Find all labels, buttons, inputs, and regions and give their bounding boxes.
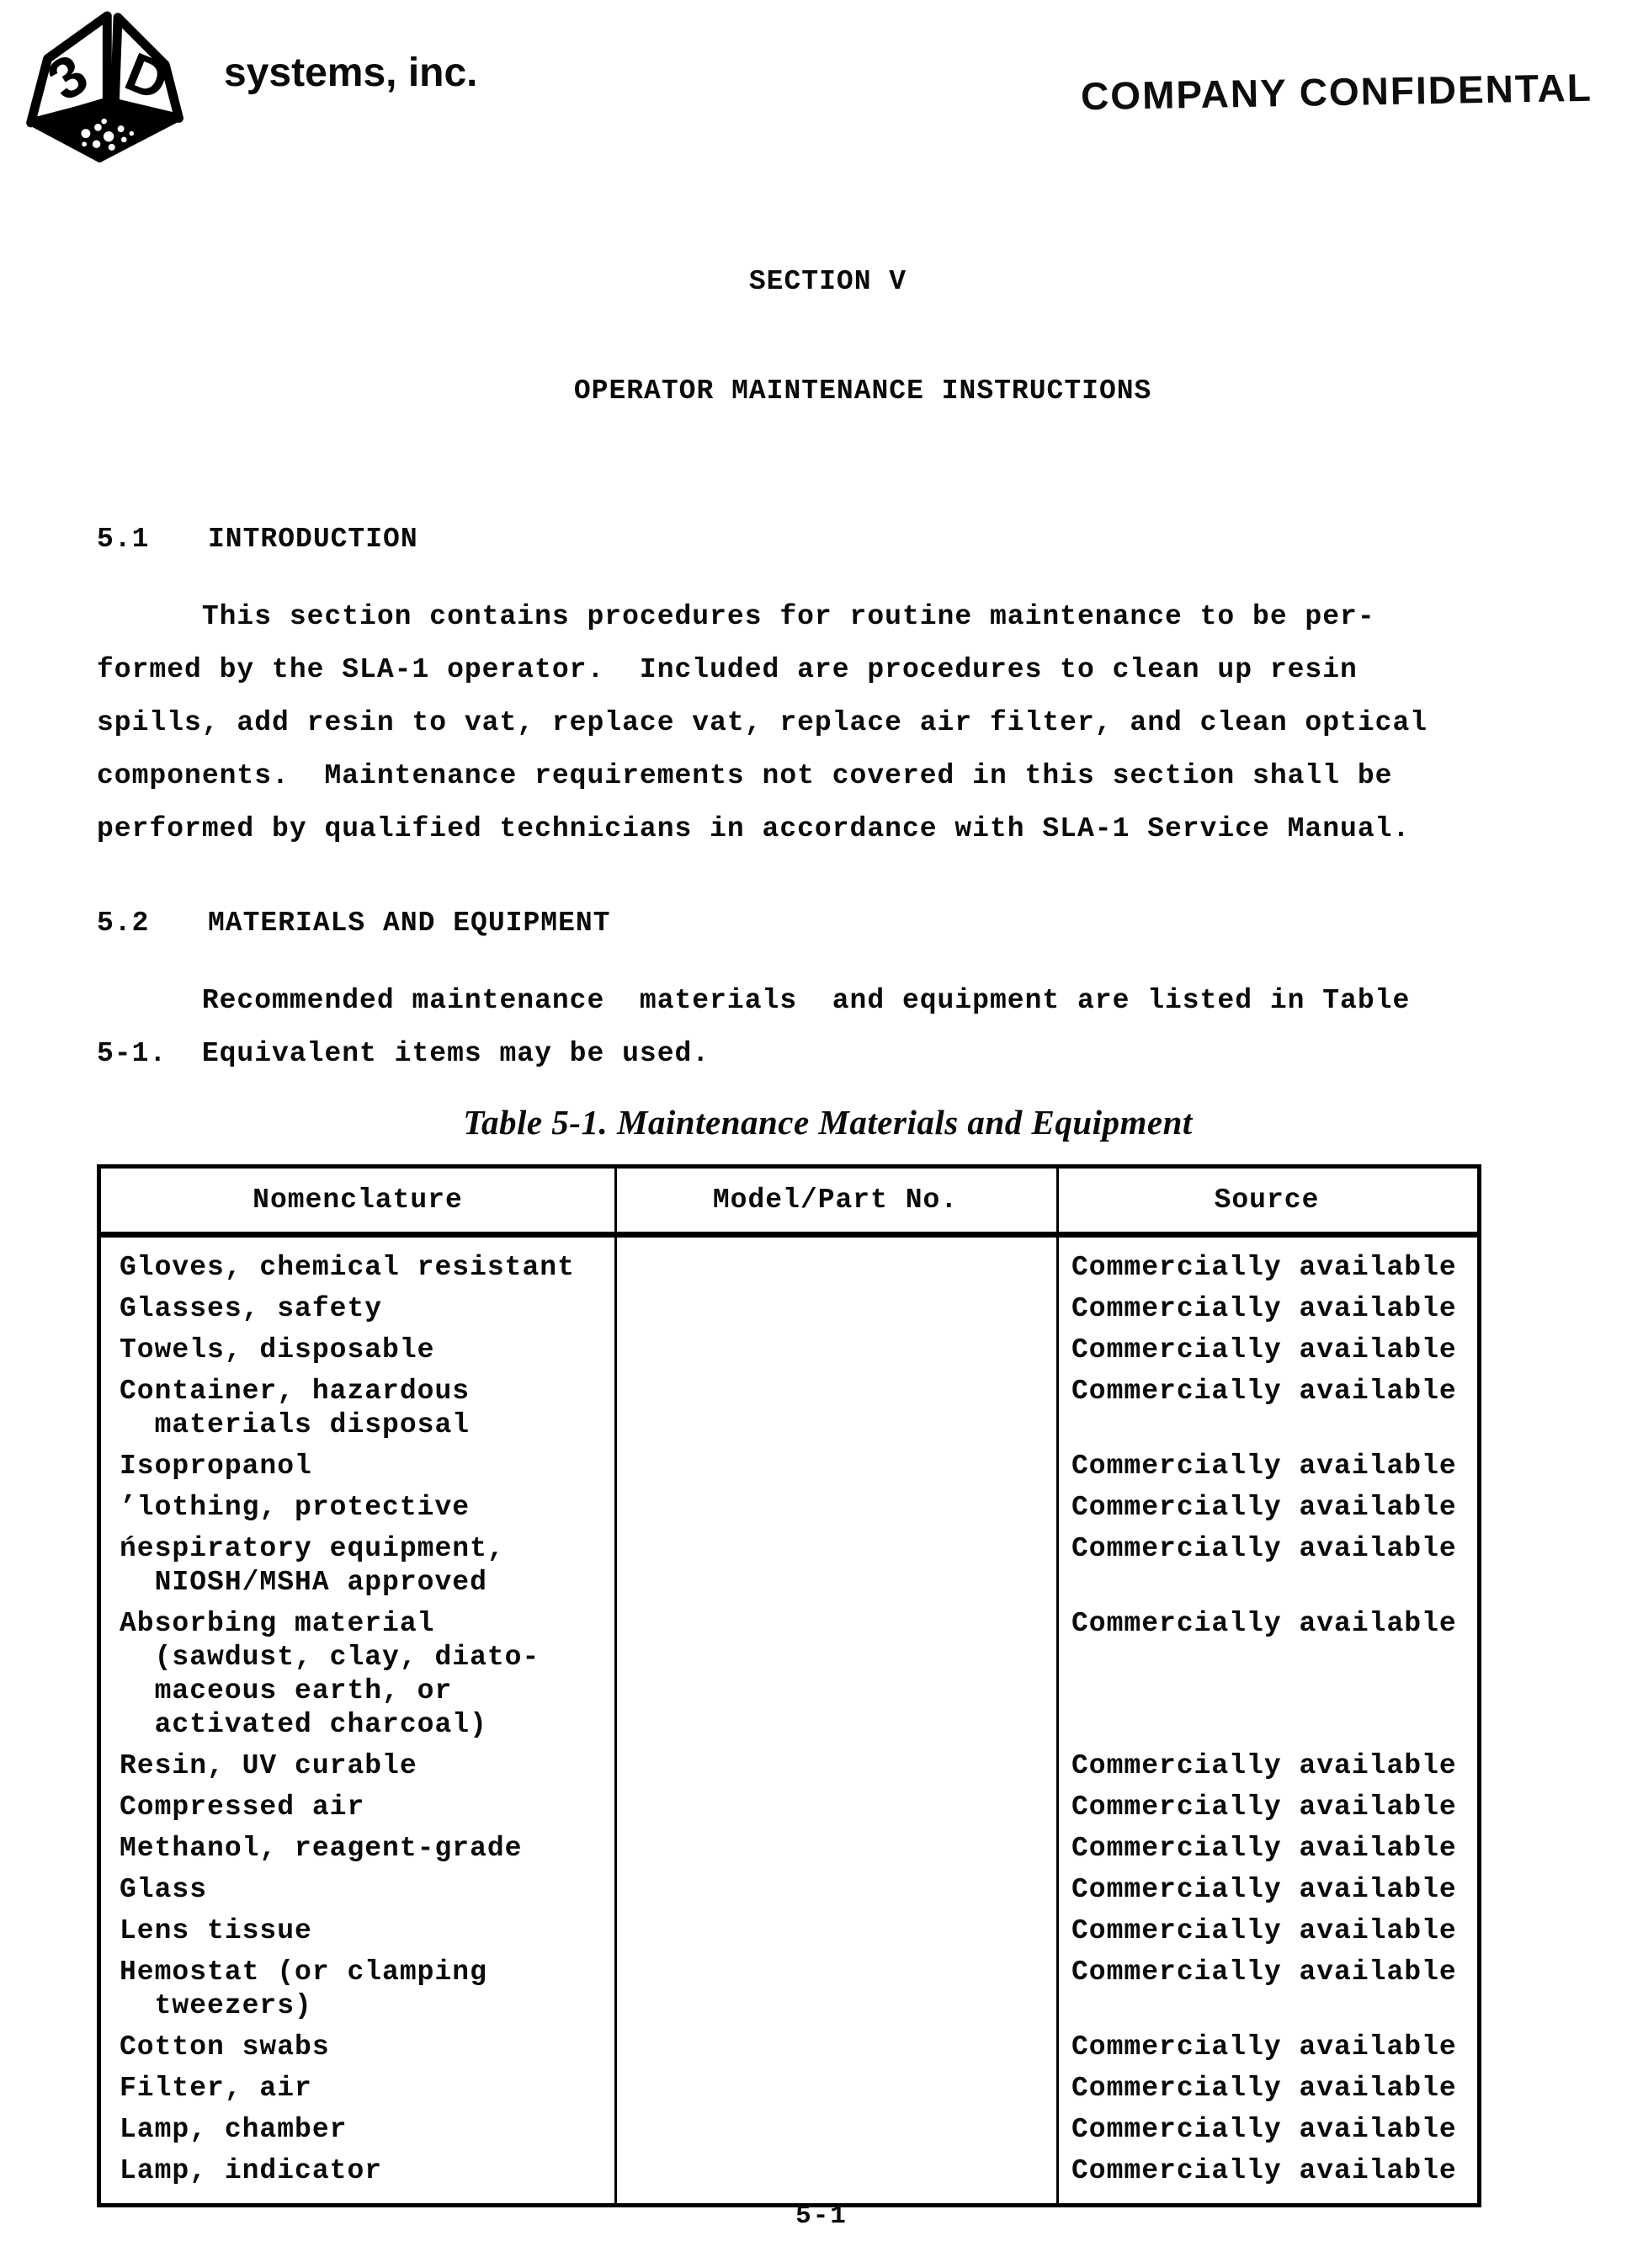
model-part-no-cell xyxy=(614,1532,1056,1600)
source-cell: Commercially available xyxy=(1056,2031,1477,2064)
3d-cube-logo-icon: 3 D xyxy=(17,7,219,187)
nomenclature-cell: Isopropanol xyxy=(101,1450,614,1483)
model-part-no-cell xyxy=(614,1956,1056,2023)
model-part-no-cell xyxy=(614,2072,1056,2106)
model-part-no-cell xyxy=(614,1450,1056,1483)
source-cell: Commercially available xyxy=(1056,1292,1477,1326)
source-cell: Commercially available xyxy=(1056,1749,1477,1783)
table-column-divider xyxy=(1056,1169,1059,2203)
table-row: ńespiratory equipment, NIOSH/MSHA approv… xyxy=(101,1532,1477,1600)
model-part-no-cell xyxy=(614,1873,1056,1907)
nomenclature-cell: Glasses, safety xyxy=(101,1292,614,1326)
table-row: ’lothing, protectiveCommercially availab… xyxy=(101,1491,1477,1525)
table-row: Filter, airCommercially available xyxy=(101,2072,1477,2106)
source-cell: Commercially available xyxy=(1056,1914,1477,1948)
heading-5-1-title: INTRODUCTION xyxy=(208,524,418,555)
nomenclature-cell: ’lothing, protective xyxy=(101,1491,614,1525)
paragraph-introduction: This section contains procedures for rou… xyxy=(97,590,1559,855)
table-row: Resin, UV curableCommercially available xyxy=(101,1749,1477,1783)
table-column-divider xyxy=(614,1169,617,2203)
source-cell: Commercially available xyxy=(1056,1956,1477,2023)
source-cell: Commercially available xyxy=(1056,1251,1477,1285)
source-cell: Commercially available xyxy=(1056,1791,1477,1824)
model-part-no-cell xyxy=(614,1491,1056,1525)
table-caption: Table 5-1. Maintenance Materials and Equ… xyxy=(97,1102,1559,1142)
source-cell: Commercially available xyxy=(1056,1491,1477,1525)
column-header-source: Source xyxy=(1056,1185,1477,1216)
table-row: GlassCommercially available xyxy=(101,1873,1477,1907)
document-page: 3 D systems, inc. COMPANY CONFIDENTAL SE… xyxy=(0,0,1643,2268)
nomenclature-cell: Gloves, chemical resistant xyxy=(101,1251,614,1285)
nomenclature-cell: Compressed air xyxy=(101,1791,614,1824)
heading-5-2: 5.2 MATERIALS AND EQUIPMENT xyxy=(97,908,1559,939)
model-part-no-cell xyxy=(614,1607,1056,1742)
page-header: 3 D systems, inc. COMPANY CONFIDENTAL xyxy=(97,0,1559,210)
source-cell: Commercially available xyxy=(1056,2072,1477,2106)
nomenclature-cell: Container, hazardous materials disposal xyxy=(101,1375,614,1442)
column-header-nomenclature: Nomenclature xyxy=(101,1185,614,1216)
table-row: Compressed airCommercially available xyxy=(101,1791,1477,1824)
model-part-no-cell xyxy=(614,1914,1056,1948)
section-title-line2: OPERATOR MAINTENANCE INSTRUCTIONS xyxy=(574,375,1152,407)
table-body: Gloves, chemical resistantCommercially a… xyxy=(101,1238,1477,2203)
heading-5-2-number: 5.2 xyxy=(97,908,208,939)
model-part-no-cell xyxy=(614,1251,1056,1285)
nomenclature-cell: Glass xyxy=(101,1873,614,1907)
section-title: SECTION V OPERATOR MAINTENANCE INSTRUCTI… xyxy=(97,254,1559,473)
heading-5-1-number: 5.1 xyxy=(97,524,208,555)
company-logo: 3 D systems, inc. xyxy=(17,7,478,187)
table-row: Towels, disposableCommercially available xyxy=(101,1334,1477,1367)
nomenclature-cell: Lamp, indicator xyxy=(101,2154,614,2188)
model-part-no-cell xyxy=(614,2113,1056,2147)
nomenclature-cell: Hemostat (or clamping tweezers) xyxy=(101,1956,614,2023)
nomenclature-cell: Resin, UV curable xyxy=(101,1749,614,1783)
table-row: Gloves, chemical resistantCommercially a… xyxy=(101,1251,1477,1285)
table-row: Lamp, chamberCommercially available xyxy=(101,2113,1477,2147)
source-cell: Commercially available xyxy=(1056,1873,1477,1907)
model-part-no-cell xyxy=(614,2154,1056,2188)
model-part-no-cell xyxy=(614,1292,1056,1326)
nomenclature-cell: Methanol, reagent-grade xyxy=(101,1832,614,1866)
model-part-no-cell xyxy=(614,1749,1056,1783)
section-title-line1: SECTION V xyxy=(749,266,907,297)
table-row: Methanol, reagent-gradeCommercially avai… xyxy=(101,1832,1477,1866)
nomenclature-cell: Filter, air xyxy=(101,2072,614,2106)
model-part-no-cell xyxy=(614,1334,1056,1367)
model-part-no-cell xyxy=(614,1832,1056,1866)
source-cell: Commercially available xyxy=(1056,2113,1477,2147)
table-row: Cotton swabsCommercially available xyxy=(101,2031,1477,2064)
source-cell: Commercially available xyxy=(1056,1532,1477,1600)
column-header-model-part-no: Model/Part No. xyxy=(614,1185,1056,1216)
table-row: IsopropanolCommercially available xyxy=(101,1450,1477,1483)
confidential-stamp: COMPANY CONFIDENTAL xyxy=(1081,65,1593,120)
table-header-row: Nomenclature Model/Part No. Source xyxy=(101,1169,1477,1238)
paragraph-materials: Recommended maintenance materials and eq… xyxy=(97,974,1559,1080)
nomenclature-cell: Absorbing material (sawdust, clay, diato… xyxy=(101,1607,614,1742)
logo-company-name: systems, inc. xyxy=(224,50,478,96)
nomenclature-cell: Cotton swabs xyxy=(101,2031,614,2064)
table-row: Container, hazardous materials disposalC… xyxy=(101,1375,1477,1442)
table-row: Lamp, indicatorCommercially available xyxy=(101,2154,1477,2188)
heading-5-2-title: MATERIALS AND EQUIPMENT xyxy=(208,908,610,939)
source-cell: Commercially available xyxy=(1056,1375,1477,1442)
nomenclature-cell: ńespiratory equipment, NIOSH/MSHA approv… xyxy=(101,1532,614,1600)
table-row: Hemostat (or clamping tweezers)Commercia… xyxy=(101,1956,1477,2023)
model-part-no-cell xyxy=(614,1375,1056,1442)
nomenclature-cell: Lens tissue xyxy=(101,1914,614,1948)
table-row: Lens tissueCommercially available xyxy=(101,1914,1477,1948)
table-row: Glasses, safetyCommercially available xyxy=(101,1292,1477,1326)
table-row: Absorbing material (sawdust, clay, diato… xyxy=(101,1607,1477,1742)
model-part-no-cell xyxy=(614,1791,1056,1824)
source-cell: Commercially available xyxy=(1056,1607,1477,1742)
source-cell: Commercially available xyxy=(1056,1832,1477,1866)
maintenance-materials-table: Nomenclature Model/Part No. Source Glove… xyxy=(97,1164,1481,2207)
source-cell: Commercially available xyxy=(1056,1334,1477,1367)
nomenclature-cell: Lamp, chamber xyxy=(101,2113,614,2147)
heading-5-1: 5.1 INTRODUCTION xyxy=(97,524,1559,555)
nomenclature-cell: Towels, disposable xyxy=(101,1334,614,1367)
source-cell: Commercially available xyxy=(1056,1450,1477,1483)
model-part-no-cell xyxy=(614,2031,1056,2064)
page-number: 5-1 xyxy=(0,2201,1643,2231)
source-cell: Commercially available xyxy=(1056,2154,1477,2188)
